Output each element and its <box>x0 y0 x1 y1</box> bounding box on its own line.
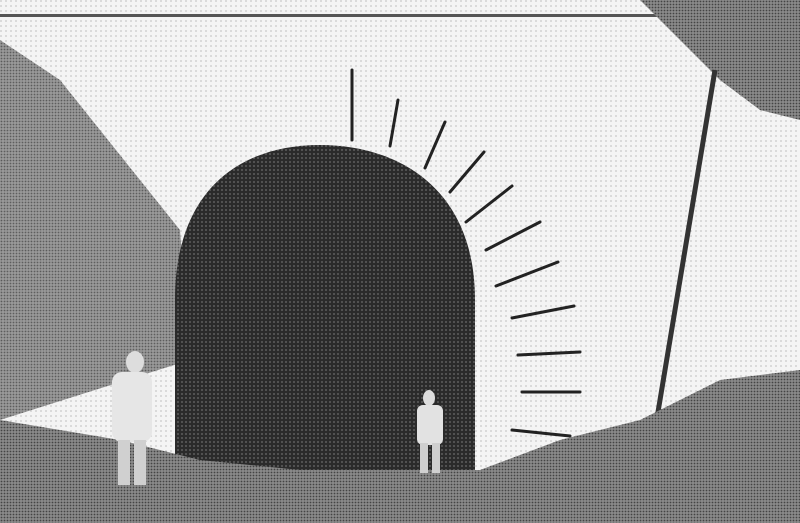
tunnel-photo <box>0 0 800 523</box>
photo-canvas <box>0 0 800 523</box>
parapet-line <box>0 14 690 17</box>
